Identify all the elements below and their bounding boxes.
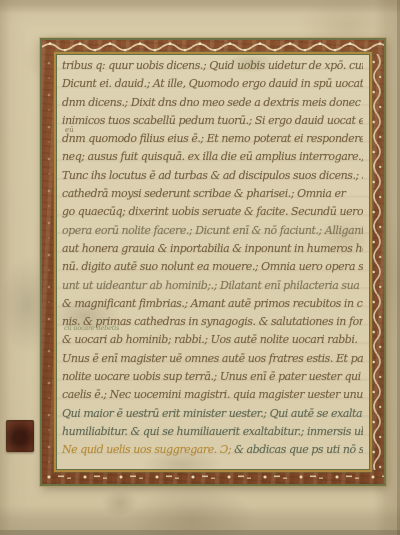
manuscript-line: dnm quomodo filius eius ē.; Et nemo pote…: [62, 130, 363, 148]
manuscript-line: tribus q: quur uobis dicens.; Quid uobis…: [62, 57, 363, 75]
vine-scroll-ornament-right: [370, 54, 384, 470]
final-line-gold-segment: Ne quid uelis uos suggregare. Ɔ;: [62, 443, 234, 456]
manuscript-line: nolite uocare uobis sup terrā.; Unus enī…: [62, 368, 363, 386]
manuscript-line: Qui maior ē uestrū erit minister uester.…: [62, 405, 363, 423]
manuscript-line: & magnificant fimbrias.; Amant autē prim…: [62, 295, 363, 313]
manuscript-line: neq; ausus fuit quisquā. ex illa die eū …: [62, 148, 363, 166]
manuscript-line: humiliabitur. & qui se humiliauerit exal…: [62, 423, 363, 441]
manuscript-line: Unus ē enī magister uē omnes autē uos fr…: [62, 350, 363, 368]
superscript-correction: eū: [65, 126, 74, 134]
leather-bookmark-tab: [6, 420, 34, 452]
manuscript-line: caelis ē.; Nec uocemini magistri. quia m…: [62, 386, 363, 404]
manuscript-line: opera eorū nolite facere.; Dicunt enī & …: [62, 222, 363, 240]
manuscript-line: aut honera grauia & inportabilia & inpon…: [62, 240, 363, 258]
final-line-green-segment: & abdicas que ps uti nō soluas: [234, 443, 363, 456]
manuscript-line-final: Ne quid uelis uos suggregare. Ɔ; & abdic…: [62, 441, 363, 459]
manuscript-line: Tunc ihs locutus ē ad turbas & ad discip…: [62, 167, 363, 185]
manuscript-line: cathedrā moysi sederunt scribae & pharis…: [62, 185, 363, 203]
manuscript-line: & uocari ab hominib; rabbi.; Uos autē no…: [62, 331, 363, 349]
manuscript-page-photo: tribus q: quur uobis dicens.; Quid uobis…: [0, 0, 400, 535]
manuscript-line: dnm dicens.; Dixit dns dno meo sede a de…: [62, 94, 363, 112]
interlinear-gloss: cū uocare debetis: [64, 324, 119, 332]
dot-dash-ornament-bottom: [42, 470, 384, 484]
dot-ornament-left: [42, 54, 56, 470]
manuscript-line: inimicos tuos scabellū pedum tuorū.; Si …: [62, 112, 363, 130]
manuscript-line: nū. digito autē suo nolunt ea mouere.; O…: [62, 258, 363, 276]
manuscript-line: go quaecūq; dixerint uobis seruate & fac…: [62, 203, 363, 221]
manuscript-text-block: tribus q: quur uobis dicens.; Quid uobis…: [62, 57, 363, 460]
manuscript-line: unt ut uideantur ab hominib;.; Dilatant …: [62, 277, 363, 295]
vine-scroll-ornament-top: [42, 40, 384, 54]
manuscript-line: Dicunt ei. dauid.; At ille, Quomodo ergo…: [62, 75, 363, 93]
